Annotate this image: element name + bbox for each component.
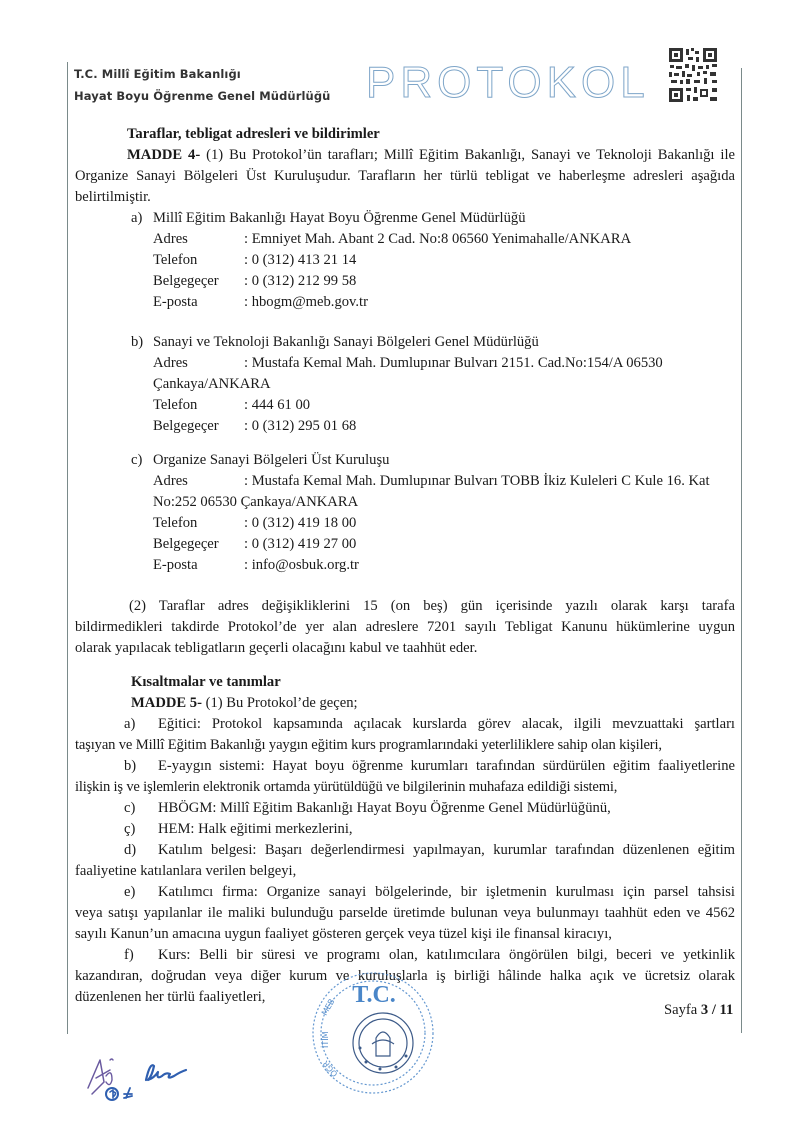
party-c-name: Organize Sanayi Bölgeleri Üst Kuruluşu xyxy=(153,450,389,471)
def-cc-line1: HEM: Halk eğitimi merkezlerini, xyxy=(158,819,353,840)
def-b-marker: b) xyxy=(124,756,136,777)
def-e-line3: sayılı Kanun’un amacına uygun faaliyet g… xyxy=(75,924,612,945)
madde4-para2-line2: bildirmedikleri takdirde Protokol’de yer… xyxy=(75,617,735,638)
def-d-line1: Katılım belgesi: Başarı değerlendirmesi … xyxy=(158,840,735,861)
def-e-line2: veya satışı yapılanlar ile maliki bulund… xyxy=(75,903,735,924)
madde5-heading: Kısaltmalar ve tanımlar xyxy=(131,672,281,693)
party-a-telefon: : 0 (312) 413 21 14 xyxy=(244,250,356,271)
def-b-line2: ilişkin iş ve işlemlerin elektronik orta… xyxy=(75,777,617,798)
party-b-name: Sanayi ve Teknoloji Bakanlığı Sanayi Böl… xyxy=(153,332,539,353)
def-d-line2: faaliyetine katılanlara verilen belgeyi, xyxy=(75,861,296,882)
def-a-line2: taşıyan ve Millî Eğitim Bakanlığı yaygın… xyxy=(75,735,662,756)
def-b-line1: E-yaygın sistemi: Hayat boyu öğrenme kur… xyxy=(158,756,735,777)
party-a-marker: a) xyxy=(131,208,142,229)
party-a-belgegecer-label: Belgegeçer xyxy=(153,271,219,292)
madde5-label: MADDE 5- xyxy=(131,695,202,711)
party-c-eposta-label: E-posta xyxy=(153,555,198,576)
party-c-marker: c) xyxy=(131,450,142,471)
def-f-line1: Kurs: Belli bir süresi ve programı olan,… xyxy=(158,945,735,966)
party-c-eposta[interactable]: : info@osbuk.org.tr xyxy=(244,555,359,576)
party-c-adres-cont: No:252 06530 Çankaya/ANKARA xyxy=(153,492,358,513)
party-a-eposta-label: E-posta xyxy=(153,292,198,313)
party-c-belgegecer-label: Belgegeçer xyxy=(153,534,219,555)
def-c-line1: HBÖGM: Millî Eğitim Bakanlığı Hayat Boyu… xyxy=(158,798,611,819)
madde4-label: MADDE 4- xyxy=(127,147,200,163)
party-b-belgegecer: : 0 (312) 295 01 68 xyxy=(244,416,356,437)
party-c-adres: : Mustafa Kemal Mah. Dumlupınar Bulvarı … xyxy=(244,471,710,492)
party-b-telefon: : 444 61 00 xyxy=(244,395,310,416)
party-a-adres: : Emniyet Mah. Abant 2 Cad. No:8 06560 Y… xyxy=(244,229,631,250)
official-seal-icon: T.C. MEB İTİM ÖĞR xyxy=(308,968,438,1098)
header-org-line1: T.C. Millî Eğitim Bakanlığı xyxy=(74,67,241,81)
def-f-line3: düzenlenen her türlü faaliyetleri, xyxy=(75,987,265,1008)
svg-text:MEB: MEB xyxy=(320,997,337,1017)
right-border-line xyxy=(741,68,742,1033)
madde4-para2-line1: (2) Taraflar adres değişikliklerini 15 (… xyxy=(129,596,735,617)
page-total: 11 xyxy=(720,1002,734,1018)
header-org-line2: Hayat Boyu Öğrenme Genel Müdürlüğü xyxy=(74,89,330,103)
party-b-adres-label: Adres xyxy=(153,353,188,374)
stamp-text: T.C. xyxy=(352,982,396,1008)
party-c-telefon-label: Telefon xyxy=(153,513,197,534)
madde4-heading: Taraflar, tebligat adresleri ve bildirim… xyxy=(127,124,380,145)
party-a-eposta[interactable]: : hbogm@meb.gov.tr xyxy=(244,292,368,313)
def-f-marker: f) xyxy=(124,945,134,966)
party-b-adres-cont: Çankaya/ANKARA xyxy=(153,374,271,395)
party-b-belgegecer-label: Belgegeçer xyxy=(153,416,219,437)
page-separator: / xyxy=(708,1002,719,1018)
def-e-marker: e) xyxy=(124,882,135,903)
party-a-name: Millî Eğitim Bakanlığı Hayat Boyu Öğrenm… xyxy=(153,208,526,229)
party-b-adres: : Mustafa Kemal Mah. Dumlupınar Bulvarı … xyxy=(244,353,663,374)
document-type-title: PROTOKOL xyxy=(366,58,650,108)
def-a-marker: a) xyxy=(124,714,135,735)
def-c-marker: c) xyxy=(124,798,135,819)
madde4-para2-line3: olarak yapılacak tebligatların geçerli o… xyxy=(75,638,477,659)
party-c-telefon: : 0 (312) 419 18 00 xyxy=(244,513,356,534)
page-prefix: Sayfa xyxy=(664,1002,701,1018)
madde4-intro-line2: Organize Sanayi Bölgeleri Üst Kuruluşudu… xyxy=(75,166,735,187)
party-a-telefon-label: Telefon xyxy=(153,250,197,271)
party-c-belgegecer: : 0 (312) 419 27 00 xyxy=(244,534,356,555)
def-d-marker: d) xyxy=(124,840,136,861)
madde4-intro-line1: MADDE 4- (1) Bu Protokol’ün tarafları; M… xyxy=(127,145,735,166)
madde5-intro-text: (1) Bu Protokol’de geçen; xyxy=(202,695,358,711)
party-a-belgegecer: : 0 (312) 212 99 58 xyxy=(244,271,356,292)
madde4-intro-text: (1) Bu Protokol’ün tarafları; Millî Eğit… xyxy=(200,147,735,163)
party-c-adres-label: Adres xyxy=(153,471,188,492)
svg-text:İTİM: İTİM xyxy=(320,1031,330,1048)
page-number: Sayfa 3 / 11 xyxy=(664,1000,733,1021)
madde4-intro-line3: belirtilmiştir. xyxy=(75,187,151,208)
left-border-line xyxy=(67,62,68,1034)
madde5-intro: MADDE 5- (1) Bu Protokol’de geçen; xyxy=(131,693,358,714)
def-cc-marker: ç) xyxy=(124,819,135,840)
svg-text:ÖĞR: ÖĞR xyxy=(319,1059,339,1080)
party-a-adres-label: Adres xyxy=(153,229,188,250)
def-a-line1: Eğitici: Protokol kapsamında açılacak ku… xyxy=(158,714,735,735)
signature-initials-icon xyxy=(76,1048,206,1108)
def-e-line1: Katılımcı firma: Organize sanayi bölgele… xyxy=(158,882,735,903)
party-b-marker: b) xyxy=(131,332,143,353)
party-b-telefon-label: Telefon xyxy=(153,395,197,416)
qr-code-icon xyxy=(668,47,718,103)
